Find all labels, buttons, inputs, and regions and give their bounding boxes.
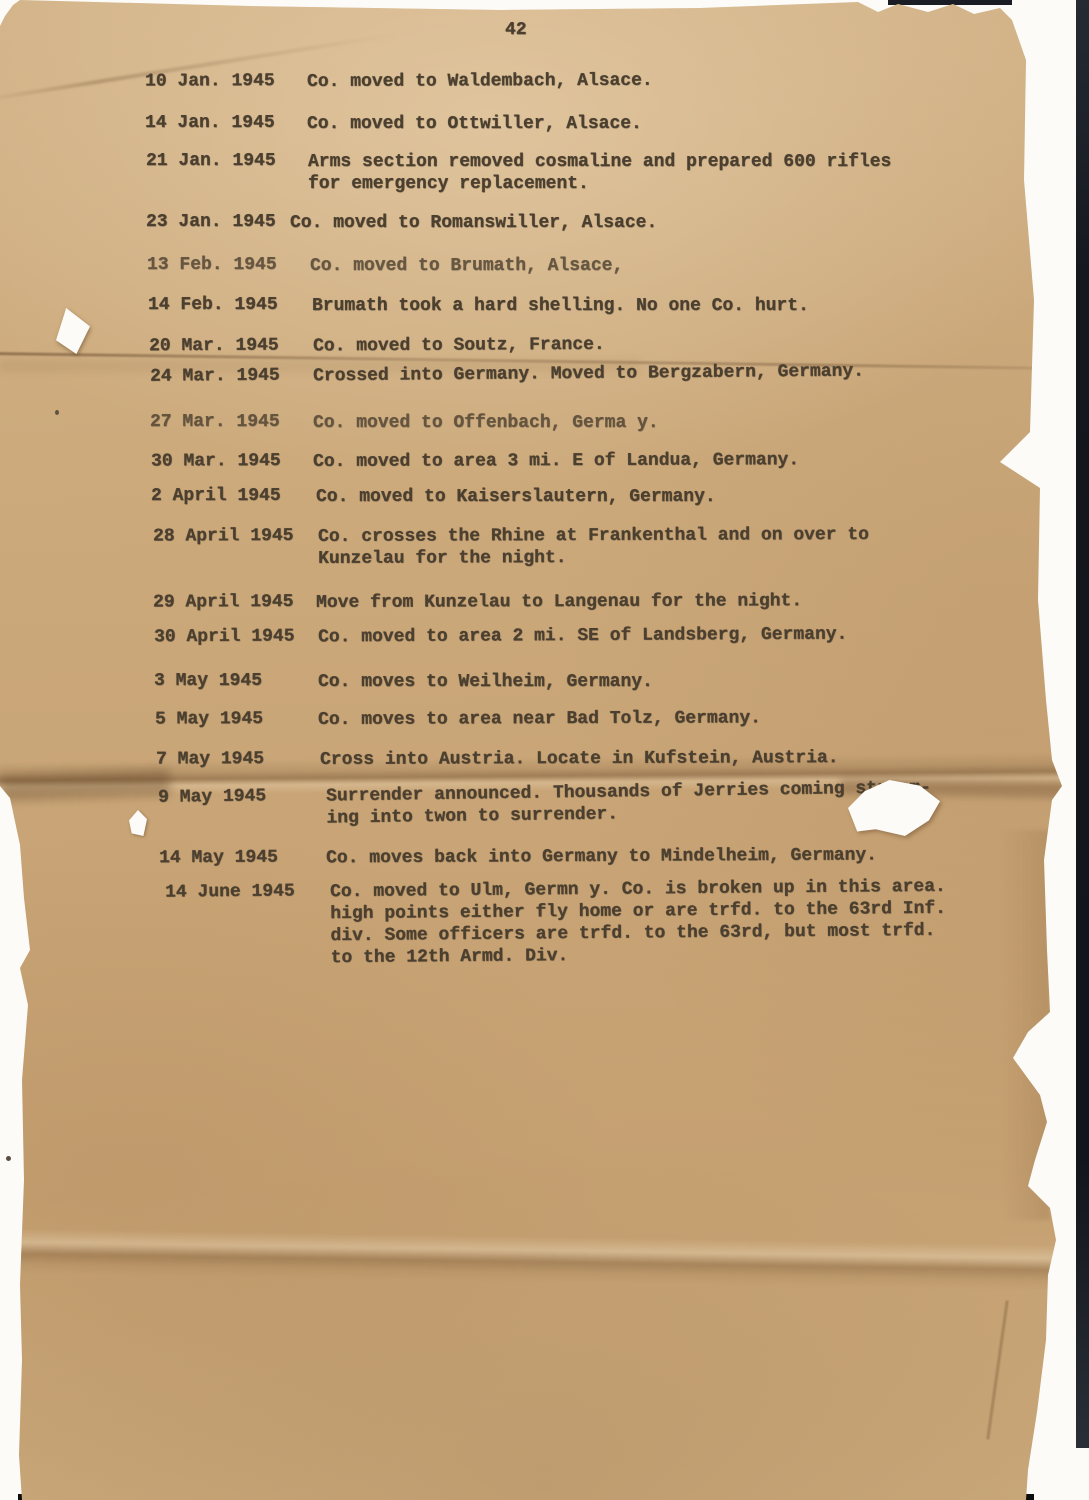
paper-sheet: 42 10 Jan. 1945 Co. moved to Waldembach,… xyxy=(0,0,1089,1500)
entry-date: 30 Mar. 1945 xyxy=(151,451,281,471)
journal-entry-row: 29 April 1945 Move from Kunzelau to Lang… xyxy=(0,589,1089,593)
entry-description: Arms section removed cosmaline and prepa… xyxy=(308,151,891,195)
journal-entry-row: 20 Mar. 1945 Co. moved to Soutz, France. xyxy=(0,331,1089,337)
paper-fold-shadow xyxy=(0,769,170,801)
entry-date: 20 Mar. 1945 xyxy=(149,336,279,357)
entry-description: Co. moved to Offenbach, Germa y. xyxy=(313,412,659,434)
scanner-bed-strip-right xyxy=(1076,0,1089,1448)
entry-description: Co. moved to Brumath, Alsace, xyxy=(310,255,623,277)
entry-text-line: Cross into Austria. Locate in Kufstein, … xyxy=(320,747,839,771)
entry-date: 3 May 1945 xyxy=(154,671,262,691)
entry-text-line: Crossed into Germany. Moved to Bergzaber… xyxy=(313,360,864,387)
torn-hole xyxy=(56,308,90,354)
entry-date: 14 Feb. 1945 xyxy=(148,295,278,315)
entry-date: 28 April 1945 xyxy=(153,526,294,546)
entry-text-line: Co. moves back into Germany to Mindelhei… xyxy=(326,844,877,869)
entry-date: 5 May 1945 xyxy=(155,709,263,729)
entry-text-line: Co. moved to Ottwiller, Alsace. xyxy=(307,113,642,135)
entry-text-line: Co. moves to area near Bad Tolz, Germany… xyxy=(318,707,761,731)
entry-text-line: to the 12th Armd. Div. xyxy=(331,942,947,969)
journal-entry-row: 7 May 1945 Cross into Austria. Locate in… xyxy=(0,746,1089,750)
entry-text-line: Co. moved to Romanswiller, Alsace. xyxy=(290,212,657,234)
entry-description: Co. moved to Soutz, France. xyxy=(313,334,605,358)
entry-text-line: Co. moved to area 3 mi. E of Landua, Ger… xyxy=(313,449,799,473)
entry-text-line: Move from Kunzelau to Langenau for the n… xyxy=(316,590,802,614)
paper-edge-shading xyxy=(1002,830,1050,1220)
scanned-document-page: 42 10 Jan. 1945 Co. moved to Waldembach,… xyxy=(0,0,1089,1500)
entry-text-line: Co. crosses the Rhine at Frankenthal and… xyxy=(318,524,869,548)
journal-entry-row: 14 June 1945 Co. moved to Ulm, Germn y. … xyxy=(0,874,1089,884)
entry-description: Co. moves to area near Bad Tolz, Germany… xyxy=(318,707,761,731)
entry-description: Crossed into Germany. Moved to Bergzaber… xyxy=(313,360,864,387)
entry-text-line: Co. moves to Weilheim, Germany. xyxy=(318,671,653,693)
entry-text-line: Co. moved to Soutz, France. xyxy=(313,334,605,358)
entry-description: Co. moved to Ulm, Germn y. Co. is broken… xyxy=(330,876,946,969)
entry-date: 14 June 1945 xyxy=(165,881,295,902)
paper-crease xyxy=(986,1300,1008,1439)
entry-description: Co. moves to Weilheim, Germany. xyxy=(318,671,653,693)
entry-date: 13 Feb. 1945 xyxy=(147,255,277,275)
entry-description: Surrender announced. Thousands of Jerrie… xyxy=(326,777,931,829)
entry-date: 2 April 1945 xyxy=(151,486,281,506)
entry-text-line: for emergency replacement. xyxy=(308,173,891,195)
entry-date: 23 Jan. 1945 xyxy=(146,212,276,232)
ink-speck xyxy=(55,410,59,415)
scanner-bed-strip-top xyxy=(888,0,1012,5)
entry-date: 30 April 1945 xyxy=(154,626,295,647)
journal-entry-row: 30 April 1945 Co. moved to area 2 mi. SE… xyxy=(0,622,1089,628)
entry-date: 14 Jan. 1945 xyxy=(145,113,275,133)
entry-description: Co. crosses the Rhine at Frankenthal and… xyxy=(318,524,869,570)
entry-date: 9 May 1945 xyxy=(158,786,266,808)
entry-description: Cross into Austria. Locate in Kufstein, … xyxy=(320,747,839,771)
entry-text-line: Brumath took a hard shelling. No one Co.… xyxy=(312,295,809,317)
journal-entry-row: 5 May 1945 Co. moves to area near Bad To… xyxy=(0,706,1089,710)
entry-text-line: Kunzelau for the night. xyxy=(318,546,869,570)
journal-entry-row: 30 Mar. 1945 Co. moved to area 3 mi. E o… xyxy=(0,448,1089,452)
entry-text-line: Co. moved to Kaiserslautern, Germany. xyxy=(316,486,716,508)
entry-date: 14 May 1945 xyxy=(159,848,278,869)
entry-description: Co. moved to Romanswiller, Alsace. xyxy=(290,212,657,234)
torn-hole xyxy=(129,810,147,836)
entry-description: Brumath took a hard shelling. No one Co.… xyxy=(312,295,809,317)
entry-text-line: Co. moved to Offenbach, Germa y. xyxy=(313,412,659,434)
entry-text-line: Arms section removed cosmaline and prepa… xyxy=(308,151,891,173)
entry-date: 21 Jan. 1945 xyxy=(146,151,276,171)
journal-entry-row: 24 Mar. 1945 Crossed into Germany. Moved… xyxy=(0,358,1089,368)
entry-text-line: Co. moved to Brumath, Alsace, xyxy=(310,255,623,277)
journal-entry-row: 14 May 1945 Co. moves back into Germany … xyxy=(0,843,1089,849)
entry-date: 24 Mar. 1945 xyxy=(150,366,280,387)
entry-date: 7 May 1945 xyxy=(156,749,264,769)
entry-description: Co. moved to area 2 mi. SE of Landsberg,… xyxy=(318,624,847,649)
entry-description: Co. moved to Kaiserslautern, Germany. xyxy=(316,486,716,508)
entry-text-line: Co. moved to Waldembach, Alsace. xyxy=(307,70,653,93)
entry-description: Move from Kunzelau to Langenau for the n… xyxy=(316,590,802,614)
entry-description: Co. moves back into Germany to Mindelhei… xyxy=(326,844,877,869)
entry-description: Co. moved to area 3 mi. E of Landua, Ger… xyxy=(313,449,799,473)
torn-hole xyxy=(848,780,940,836)
journal-entry-row: 10 Jan. 1945 Co. moved to Waldembach, Al… xyxy=(0,68,1089,72)
paper-fold xyxy=(0,1228,1089,1291)
paper-crease xyxy=(0,32,398,103)
entry-date: 27 Mar. 1945 xyxy=(150,412,280,432)
journal-entry-row: 28 April 1945 Co. crosses the Rhine at F… xyxy=(0,523,1089,527)
entry-description: Co. moved to Waldembach, Alsace. xyxy=(307,70,653,93)
page-number: 42 xyxy=(505,20,527,40)
entry-date: 10 Jan. 1945 xyxy=(145,71,275,91)
entry-date: 29 April 1945 xyxy=(153,592,294,612)
entry-description: Co. moved to Ottwiller, Alsace. xyxy=(307,113,642,135)
ink-speck xyxy=(6,1156,11,1161)
entry-text-line: Co. moved to area 2 mi. SE of Landsberg,… xyxy=(318,624,847,649)
